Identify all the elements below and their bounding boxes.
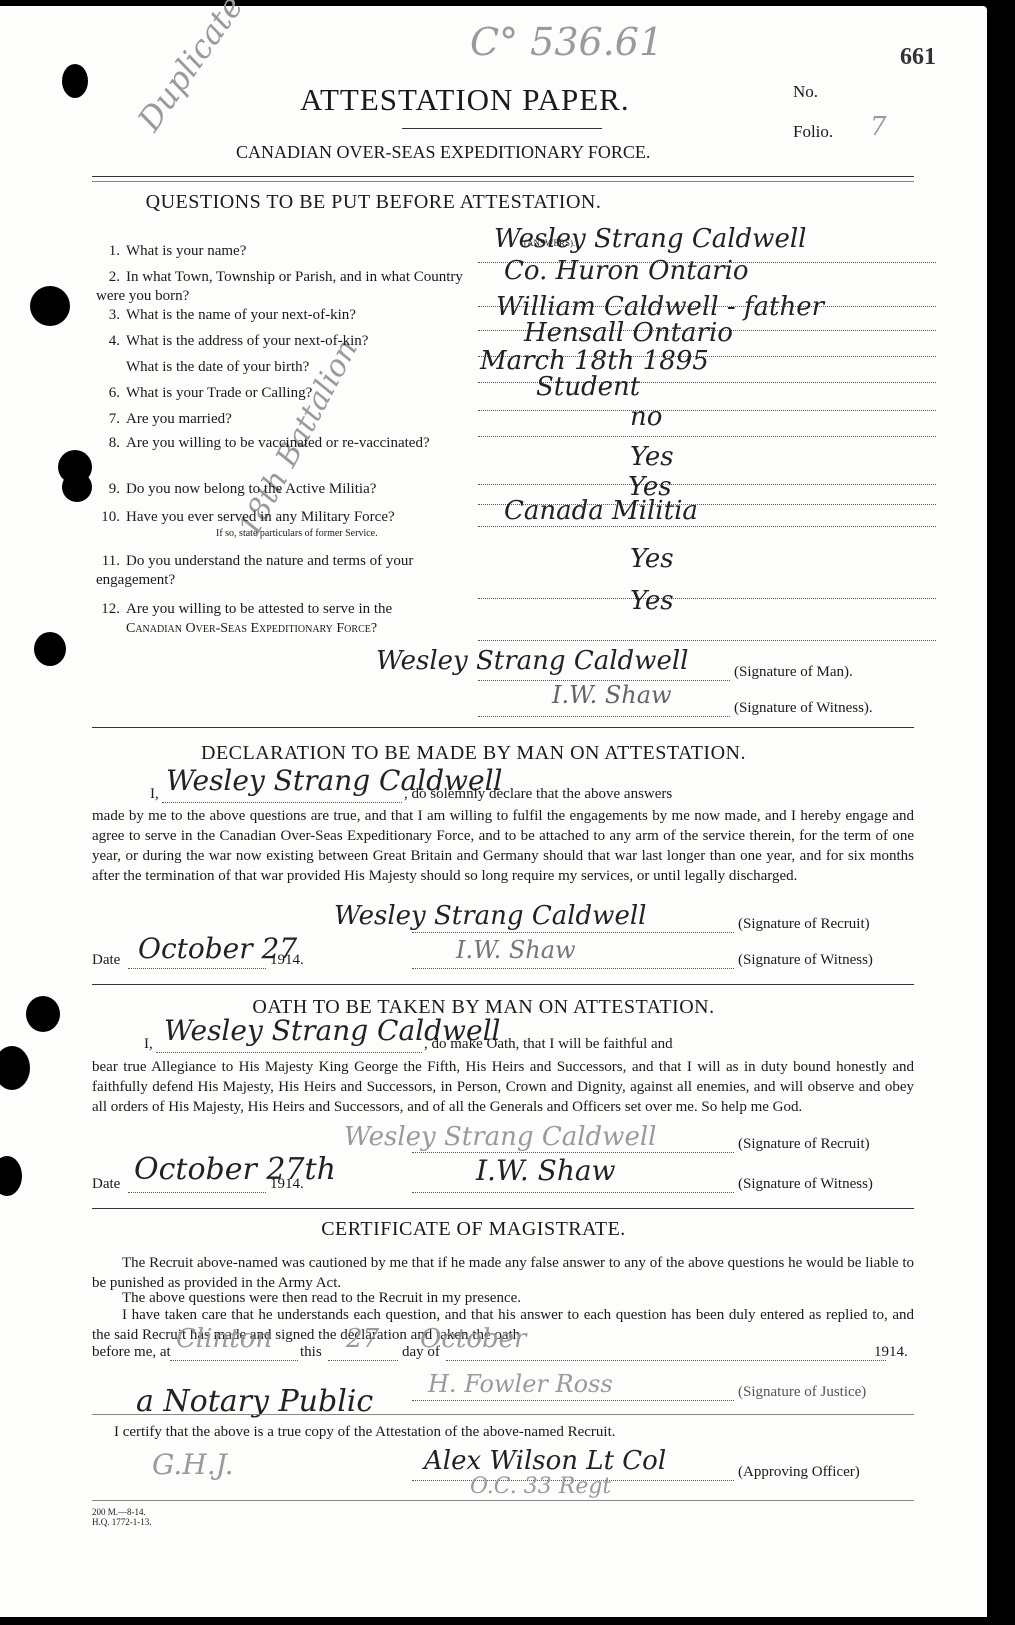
question-number: 2.	[96, 268, 120, 287]
declaration-text-lead: , do solemnly declare that the above ans…	[404, 786, 916, 803]
folio-value: 7	[870, 112, 887, 142]
declaration-name-line	[162, 802, 402, 803]
question-text: What is your name?	[126, 243, 246, 259]
declaration-witness-signature: I.W. Shaw	[456, 936, 576, 964]
question-text: What is the date of your birth?	[126, 359, 309, 375]
section-rule	[92, 1208, 914, 1209]
question-number: 8.	[96, 434, 120, 453]
approving-officer-signature: Alex Wilson Lt Col	[424, 1446, 666, 1476]
declaration-recruit-sig-label: (Signature of Recruit)	[738, 916, 870, 933]
approving-officer-unit: O.C. 33 Regt	[470, 1474, 611, 1499]
month-value: October	[420, 1324, 526, 1354]
question-number: 1.	[96, 242, 120, 261]
question-4: 4.What is the address of your next-of-ki…	[96, 332, 486, 351]
question-number: 9.	[96, 480, 120, 499]
stamp-number: 661	[900, 44, 936, 71]
oath-i-label: I,	[144, 1036, 153, 1053]
question-7: 7.Are you married?	[96, 410, 486, 429]
signature-of-witness-value: I.W. Shaw	[552, 681, 672, 709]
place-value: Clinton	[176, 1324, 272, 1354]
question-5: What is the date of your birth?	[96, 358, 486, 377]
question-number: 12.	[96, 600, 120, 619]
punch-hole	[30, 286, 70, 326]
section-rule	[92, 727, 914, 728]
oath-date-label: Date	[92, 1176, 120, 1193]
oath-recruit-sig-line	[412, 1152, 734, 1153]
oath-date-line	[128, 1192, 266, 1193]
section-rule	[92, 1500, 914, 1501]
declaration-body: made by me to the above questions are tr…	[92, 806, 914, 886]
question-2: 2.In what Town, Township or Parish, and …	[96, 268, 486, 306]
question-1: 1.What is your name?	[96, 242, 486, 261]
declaration-year: 1914.	[270, 952, 304, 969]
this-label: this	[300, 1344, 322, 1361]
question-number: 7.	[96, 410, 120, 429]
answer-line	[478, 598, 936, 599]
question-9: 9.Do you now belong to the Active Militi…	[96, 480, 486, 499]
question-text: Have you ever served in any Military For…	[126, 509, 395, 525]
footer-print-code-2: H.Q. 1772-1-13.	[92, 1517, 152, 1527]
month-line	[446, 1360, 886, 1361]
question-text: What is the address of your next-of-kin?	[126, 333, 368, 349]
justice-sig-label: (Signature of Justice)	[738, 1384, 866, 1401]
answer-2: Co. Huron Ontario	[504, 256, 749, 286]
answer-12: Yes	[630, 586, 674, 616]
question-number: 3.	[96, 306, 120, 325]
header-rule-2	[92, 181, 914, 182]
question-number: 6.	[96, 384, 120, 403]
question-text: Are you willing to be vaccinated or re-v…	[126, 435, 430, 451]
oath-recruit-sig-label: (Signature of Recruit)	[738, 1136, 870, 1153]
answer-10: Canada Militia	[504, 496, 698, 526]
punch-hole	[0, 1046, 30, 1090]
header-rule	[92, 176, 914, 177]
oath-text-lead: , do make Oath, that I will be faithful …	[424, 1036, 916, 1053]
question-text: Do you now belong to the Active Militia?	[126, 481, 376, 497]
certificate-para-1: The Recruit above-named was cautioned by…	[92, 1253, 914, 1293]
oath-year: 1914.	[270, 1176, 304, 1193]
answer-line	[478, 526, 936, 527]
declaration-witness-line	[412, 968, 734, 969]
question-3: 3.What is the name of your next-of-kin?	[96, 306, 486, 325]
answer-line	[478, 640, 936, 641]
question-text: In what Town, Township or Parish, and in…	[96, 269, 463, 304]
answer-line	[478, 410, 936, 411]
question-text: Are you willing to be attested to serve …	[96, 601, 392, 636]
oath-witness-line	[412, 1192, 734, 1193]
question-11: 11.Do you understand the nature and term…	[96, 552, 486, 590]
questions-section-title: QUESTIONS TO BE PUT BEFORE ATTESTATION.	[0, 191, 867, 214]
question-text: Do you understand the nature and terms o…	[96, 553, 413, 588]
answer-line	[478, 436, 936, 437]
day-line	[328, 1360, 398, 1361]
answer-11: Yes	[630, 544, 674, 574]
answer-6: Student	[536, 372, 640, 402]
question-text: Are you married?	[126, 411, 232, 427]
declaration-date-label: Date	[92, 952, 120, 969]
no-label: No.	[793, 82, 818, 102]
question-12: 12.Are you willing to be attested to ser…	[96, 600, 486, 638]
answer-8: Yes	[630, 442, 674, 472]
footer-print-code-1: 200 M.—8-14.	[92, 1507, 146, 1517]
declaration-recruit-sig-line	[412, 932, 734, 933]
document-subtitle: CANADIAN OVER-SEAS EXPEDITIONARY FORCE.	[236, 142, 650, 163]
declaration-i-label: I,	[150, 786, 159, 803]
declaration-witness-sig-label: (Signature of Witness)	[738, 952, 873, 969]
approving-officer-label: (Approving Officer)	[738, 1464, 860, 1481]
signature-of-man-label: (Signature of Man).	[734, 664, 853, 681]
question-number: 4.	[96, 332, 120, 351]
certificate-title: CERTIFICATE OF MAGISTRATE.	[0, 1218, 967, 1241]
answer-1: Wesley Strang Caldwell	[494, 224, 806, 254]
certificate-year: 1914.	[874, 1344, 908, 1361]
declaration-date-line	[128, 968, 266, 969]
justice-signature: H. Fowler Ross	[428, 1370, 613, 1398]
registration-number: C° 536.61	[470, 20, 663, 64]
punch-hole	[62, 64, 88, 98]
oath-witness-sig-label: (Signature of Witness)	[738, 1176, 873, 1193]
question-10: 10.Have you ever served in any Military …	[96, 508, 486, 540]
question-8: 8.Are you willing to be vaccinated or re…	[96, 434, 486, 453]
signature-of-witness-label: (Signature of Witness).	[734, 700, 873, 717]
punch-hole	[34, 632, 66, 666]
justice-sig-line	[412, 1400, 734, 1401]
question-number: 11.	[96, 552, 120, 571]
section-rule	[92, 984, 914, 985]
oath-recruit-signature: Wesley Strang Caldwell	[344, 1122, 656, 1152]
punch-hole	[0, 1156, 22, 1196]
oath-date-value: October 27th	[134, 1152, 336, 1187]
answer-line	[478, 484, 936, 485]
title-divider	[402, 128, 602, 129]
day-value: 27	[346, 1324, 379, 1354]
oath-body: bear true Allegiance to His Majesty King…	[92, 1057, 914, 1117]
document-title: ATTESTATION PAPER.	[300, 82, 630, 118]
declaration-title: DECLARATION TO BE MADE BY MAN ON ATTESTA…	[0, 742, 967, 765]
question-text: What is the name of your next-of-kin?	[126, 307, 356, 323]
oath-witness-signature: I.W. Shaw	[476, 1154, 616, 1187]
certify-text: I certify that the above is a true copy …	[114, 1424, 616, 1441]
signature-of-witness-line	[478, 716, 730, 717]
punch-hole	[62, 472, 92, 502]
signature-of-man-value: Wesley Strang Caldwell	[376, 646, 688, 676]
section-rule	[92, 1414, 914, 1415]
question-note: If so, state particulars of former Servi…	[216, 527, 486, 540]
question-6: 6.What is your Trade or Calling?	[96, 384, 486, 403]
question-number: 10.	[96, 508, 120, 527]
before-me-label: before me, at	[92, 1344, 171, 1361]
attestation-paper: C° 536.61 661 Duplicate ATTESTATION PAPE…	[0, 6, 987, 1617]
duplicate-mark: Duplicate	[130, 0, 251, 138]
question-text: What is your Trade or Calling?	[126, 385, 312, 401]
answer-7: no	[630, 402, 662, 432]
declaration-recruit-signature: Wesley Strang Caldwell	[334, 901, 646, 931]
initials-mark: G.H.J.	[152, 1448, 234, 1481]
place-line	[170, 1360, 298, 1361]
folio-label: Folio.	[793, 122, 833, 142]
oath-name-line	[156, 1052, 422, 1053]
answer-4: Hensall Ontario	[524, 318, 733, 348]
